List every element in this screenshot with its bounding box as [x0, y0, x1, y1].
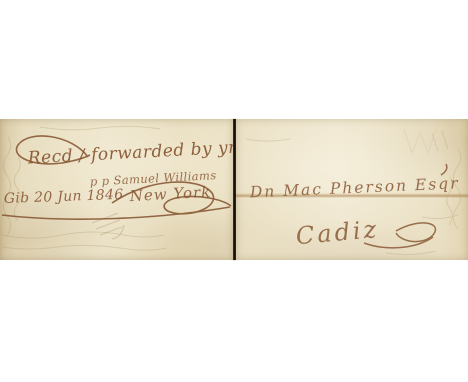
manuscript-line-received: Recd / forwarded by yrs [26, 137, 233, 168]
manuscript-line-origin: New York [128, 183, 211, 205]
faint-handstamp-mark [92, 213, 124, 239]
endorsement-handwriting: Recd / forwarded by yrs p p Samuel Willi… [0, 119, 233, 260]
endorsement-panel: Recd / forwarded by yrs p p Samuel Willi… [0, 119, 233, 260]
address-panel: Dn Mac Pherson Esqr Cadiz [236, 119, 468, 260]
manuscript-addressee: Dn Mac Pherson Esqr [248, 174, 459, 201]
postal-cover-photo: Recd / forwarded by yrs p p Samuel Willi… [0, 119, 468, 260]
address-handwriting: Dn Mac Pherson Esqr Cadiz [236, 119, 468, 260]
photo-stage: Recd / forwarded by yrs p p Samuel Willi… [0, 0, 468, 382]
manuscript-line-date: Gib 20 Jun 1846 [4, 187, 124, 207]
